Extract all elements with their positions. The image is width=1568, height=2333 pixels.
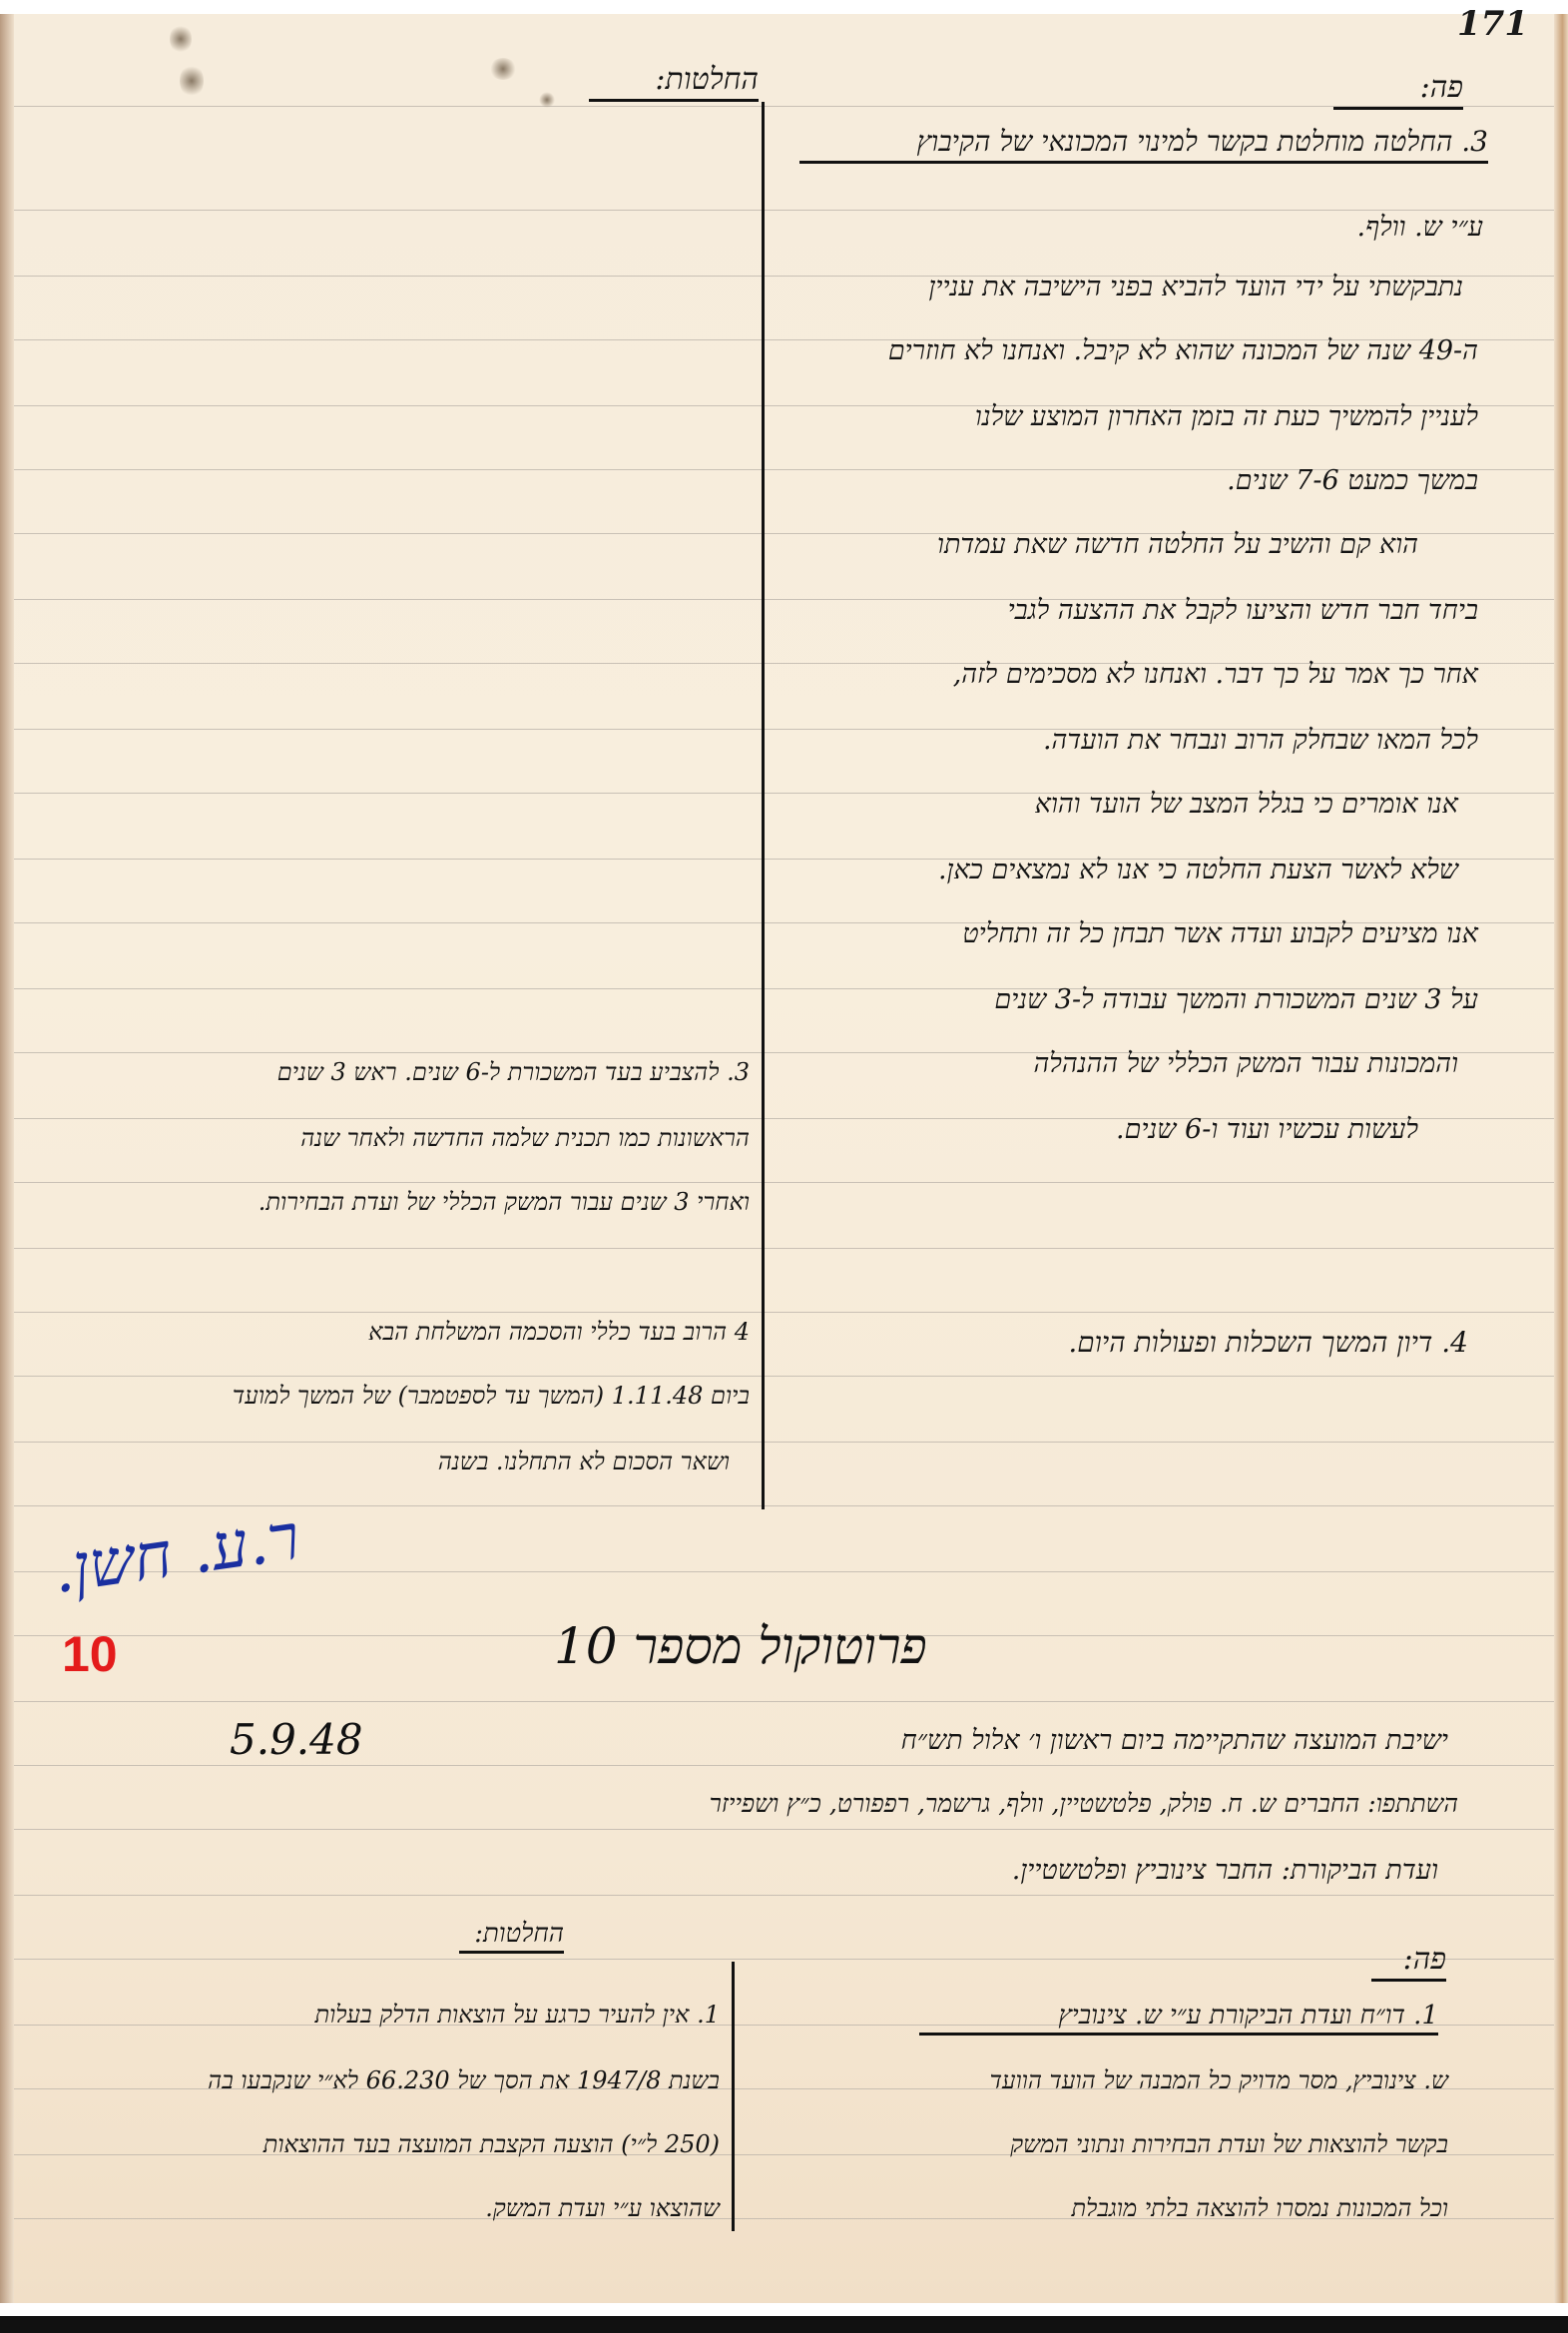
- ruled-line: [14, 1182, 1554, 1183]
- agenda-header: פה:: [1333, 70, 1463, 110]
- item3-line: והמכונות עבור המשק הכללי של ההנהלה: [1033, 1048, 1458, 1079]
- red-stamp-number: 10: [62, 1625, 118, 1683]
- stain: [539, 92, 555, 108]
- item3-line: לכל המאו שבחלק הרוב ונבחר את הועדה.: [1043, 725, 1478, 756]
- decision1-line: 1. אין להעיר כרגע על הוצאות הדלק בעלות: [314, 2001, 720, 2030]
- ruled-line: [14, 210, 1554, 211]
- column-divider: [762, 102, 765, 1509]
- protocol-opening-line: ישיבת המועצה שהתקיימה ביום ראשון ו׳ אלול…: [901, 1725, 1448, 1756]
- item3-line: ביחד חבר חדש והציעו לקבל את ההצעה לגבי: [1008, 595, 1478, 626]
- decision1-line: בשנת 1947/8 את הסך של 66.230 לא״י שנקבעו…: [208, 2066, 720, 2095]
- ruled-line: [14, 1312, 1554, 1313]
- item3-line: נתבקשתי על ידי הועד להביא בפני הישיבה את…: [929, 272, 1463, 302]
- stain: [170, 24, 192, 54]
- decision4-line: ושאר הסכום לא התחלנו. בשנה: [438, 1448, 730, 1476]
- item3-line: הוא קם והשיב על החלטה חדשה שאת עמדתו: [937, 529, 1418, 560]
- decision3-line: ואחרי 3 שנים עבור המשק הכללי של ועדת הבח…: [259, 1188, 750, 1217]
- ruled-line: [14, 1701, 1554, 1702]
- agenda-header-2: פה:: [1371, 1942, 1446, 1982]
- item3-title: 3. החלטה מוחלטת בקשר למינוי המכונאי של ה…: [799, 125, 1488, 164]
- page-number: 171: [1457, 4, 1528, 44]
- item3-subtitle: ע״י ש. וולף.: [1357, 212, 1484, 243]
- agenda-item1-line: בקשר להוצאות של ועדת הבחירות ונתוני המשק: [1010, 2130, 1448, 2159]
- item3-line: אנו מציעים לקבוע ועדה אשר תבחן כל זה ותח…: [962, 918, 1478, 949]
- ruled-line: [14, 1959, 1554, 1960]
- ruled-line: [14, 1248, 1554, 1249]
- column-divider: [732, 1962, 735, 2231]
- item3-line: אנו אומרים כי בגלל המצב של הועד והוא: [1035, 789, 1458, 820]
- item3-line: לעשות עכשיו ועוד ו-6 שנים.: [1116, 1114, 1418, 1145]
- ruled-line: [14, 1442, 1554, 1443]
- item3-line: שלא לאשר הצעת החלטה כי אנו לא נמצאים כאן…: [938, 855, 1458, 885]
- item3-line: אחר כך אמר על כך דבר. ואנחנו לא מסכימים …: [953, 659, 1478, 690]
- protocol-title: פרוטוקול מספר 10: [554, 1617, 927, 1675]
- stain: [489, 58, 517, 80]
- ruled-line: [14, 1829, 1554, 1830]
- decision1-line: (250 ל״י) הוצעה הקצבת המועצה בעד ההוצאות: [263, 2130, 720, 2159]
- item3-line: על 3 שנים המשכורת והמשך עבודה ל-3 שנים: [994, 984, 1478, 1015]
- decision1-line: שהוצאו ע״י ועדת המשק.: [485, 2194, 720, 2223]
- ruled-line: [14, 1895, 1554, 1896]
- decision4-line: 4 הרוב בעד כללי והסכמה המשלחת הבא: [368, 1318, 750, 1347]
- protocol-absent: ועדת הביקורת: החבר צינוביץ ופלטשטיין.: [1012, 1855, 1438, 1886]
- agenda-item1-title: 1. דו״ח ועדת הביקורת ע״י ש. צינוביץ: [919, 2001, 1438, 2036]
- decisions-header-2: החלטות:: [459, 1919, 564, 1954]
- agenda-item1-line: ש. צינוביץ, מסר מדויק כל המבנה של הועד ה…: [990, 2066, 1448, 2095]
- item3-line: במשך כמעט 7-6 שנים.: [1227, 465, 1478, 496]
- item4-title: 4. דיון המשך השכלות ופעולות היום.: [1068, 1326, 1468, 1360]
- agenda-item1-line: וכל המכונות נמסרו להוצאה בלתי מוגבלת: [1071, 2194, 1448, 2223]
- stain: [180, 64, 204, 98]
- ruled-line: [14, 1765, 1554, 1766]
- protocol-attendees: השתתפו: החברים ש. ח. פולק, פלטשטיין, וול…: [710, 1789, 1458, 1819]
- item3-line: לעניין להמשיך כעת זה בזמן האחרון המוצע ש…: [975, 401, 1478, 432]
- ruled-line: [14, 106, 1554, 107]
- decision3-line: הראשונות כמו תכנית שלמה החדשה ולאחר שנה: [300, 1124, 750, 1153]
- ruled-line: [14, 1376, 1554, 1377]
- decision4-line: ביום 1.11.48 (המשך עד לספטמבר) של המשך ל…: [233, 1382, 750, 1411]
- scan-bottom-edge: [0, 2316, 1568, 2333]
- decision3-line: 3. להצביע בעד המשכורת ל-6 שנים. ראש 3 שנ…: [277, 1058, 750, 1087]
- decisions-header: החלטות:: [589, 62, 759, 102]
- item3-line: ה-49 שנה של המכונה שהוא לא קיבל. ואנחנו …: [888, 335, 1478, 366]
- protocol-date: 5.9.48: [230, 1715, 363, 1764]
